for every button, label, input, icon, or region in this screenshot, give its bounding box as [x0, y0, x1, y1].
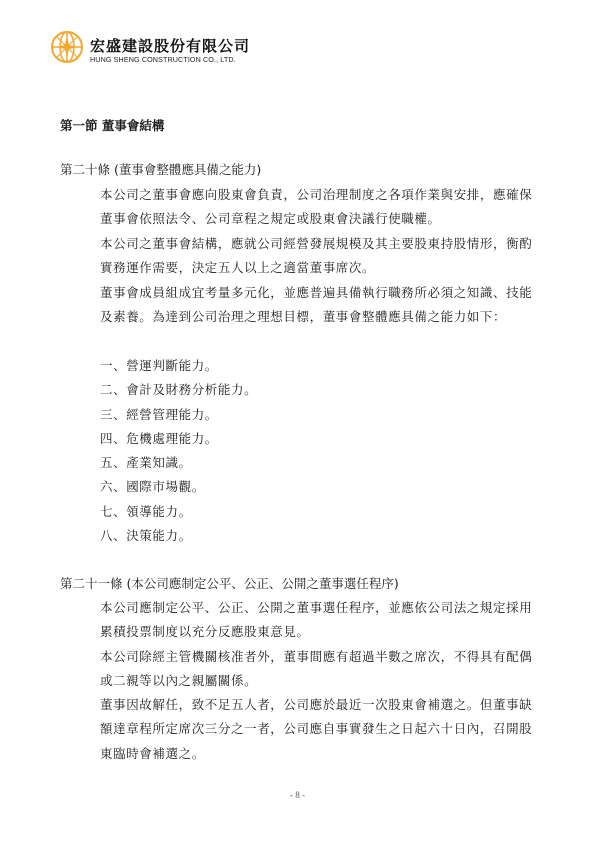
list-item: 三、經營管理能力。 — [100, 403, 257, 427]
article-21-paragraph: 本公司除經主管機關核准者外，董事間應有超過半數之席次，不得具有配偶或二親等以內之… — [100, 645, 545, 694]
article-20-title: 第二十條 (董事會整體應具備之能力) — [60, 160, 261, 178]
article-20-paragraph: 董事會成員組成宜考量多元化，並應普遍具備執行職務所必須之知識、技能及素養。為達到… — [100, 281, 545, 330]
article-21-title: 第二十一條 (本公司應制定公平、公正、公開之董事選任程序) — [60, 574, 399, 592]
article-21-paragraph: 董事因故解任，致不足五人者，公司應於最近一次股東會補選之。但董事缺額達章程所定席… — [100, 693, 545, 766]
list-item: 六、國際市場觀。 — [100, 475, 257, 499]
article-20-paragraph: 本公司之董事會結構，應就公司經營發展規模及其主要股東持股情形，衡酌實務運作需要，… — [100, 232, 545, 281]
article-20-paragraph: 本公司之董事會應向股東會負責，公司治理制度之各項作業與安排，應確保董事會依照法令… — [100, 183, 545, 232]
compass-logo-icon — [50, 30, 84, 64]
list-item: 四、危機處理能力。 — [100, 427, 257, 451]
article-21-paragraph: 本公司應制定公平、公正、公開之董事選任程序，並應依公司法之規定採用累積投票制度以… — [100, 596, 545, 645]
company-name-english: HUNG SHENG CONSTRUCTION CO., LTD. — [90, 55, 236, 64]
list-item: 七、領導能力。 — [100, 500, 257, 524]
list-item: 一、營運判斷能力。 — [100, 354, 257, 378]
ability-list: 一、營運判斷能力。 二、會計及財務分析能力。 三、經營管理能力。 四、危機處理能… — [100, 354, 257, 548]
company-logo: 宏盛建設股份有限公司 HUNG SHENG CONSTRUCTION CO., … — [50, 30, 250, 70]
list-item: 八、決策能力。 — [100, 524, 257, 548]
company-name-chinese: 宏盛建設股份有限公司 — [90, 35, 250, 56]
list-item: 五、產業知識。 — [100, 451, 257, 475]
list-item: 二、會計及財務分析能力。 — [100, 378, 257, 402]
page-number: - 8 - — [0, 790, 595, 800]
section-title: 第一節 董事會結構 — [60, 116, 164, 134]
